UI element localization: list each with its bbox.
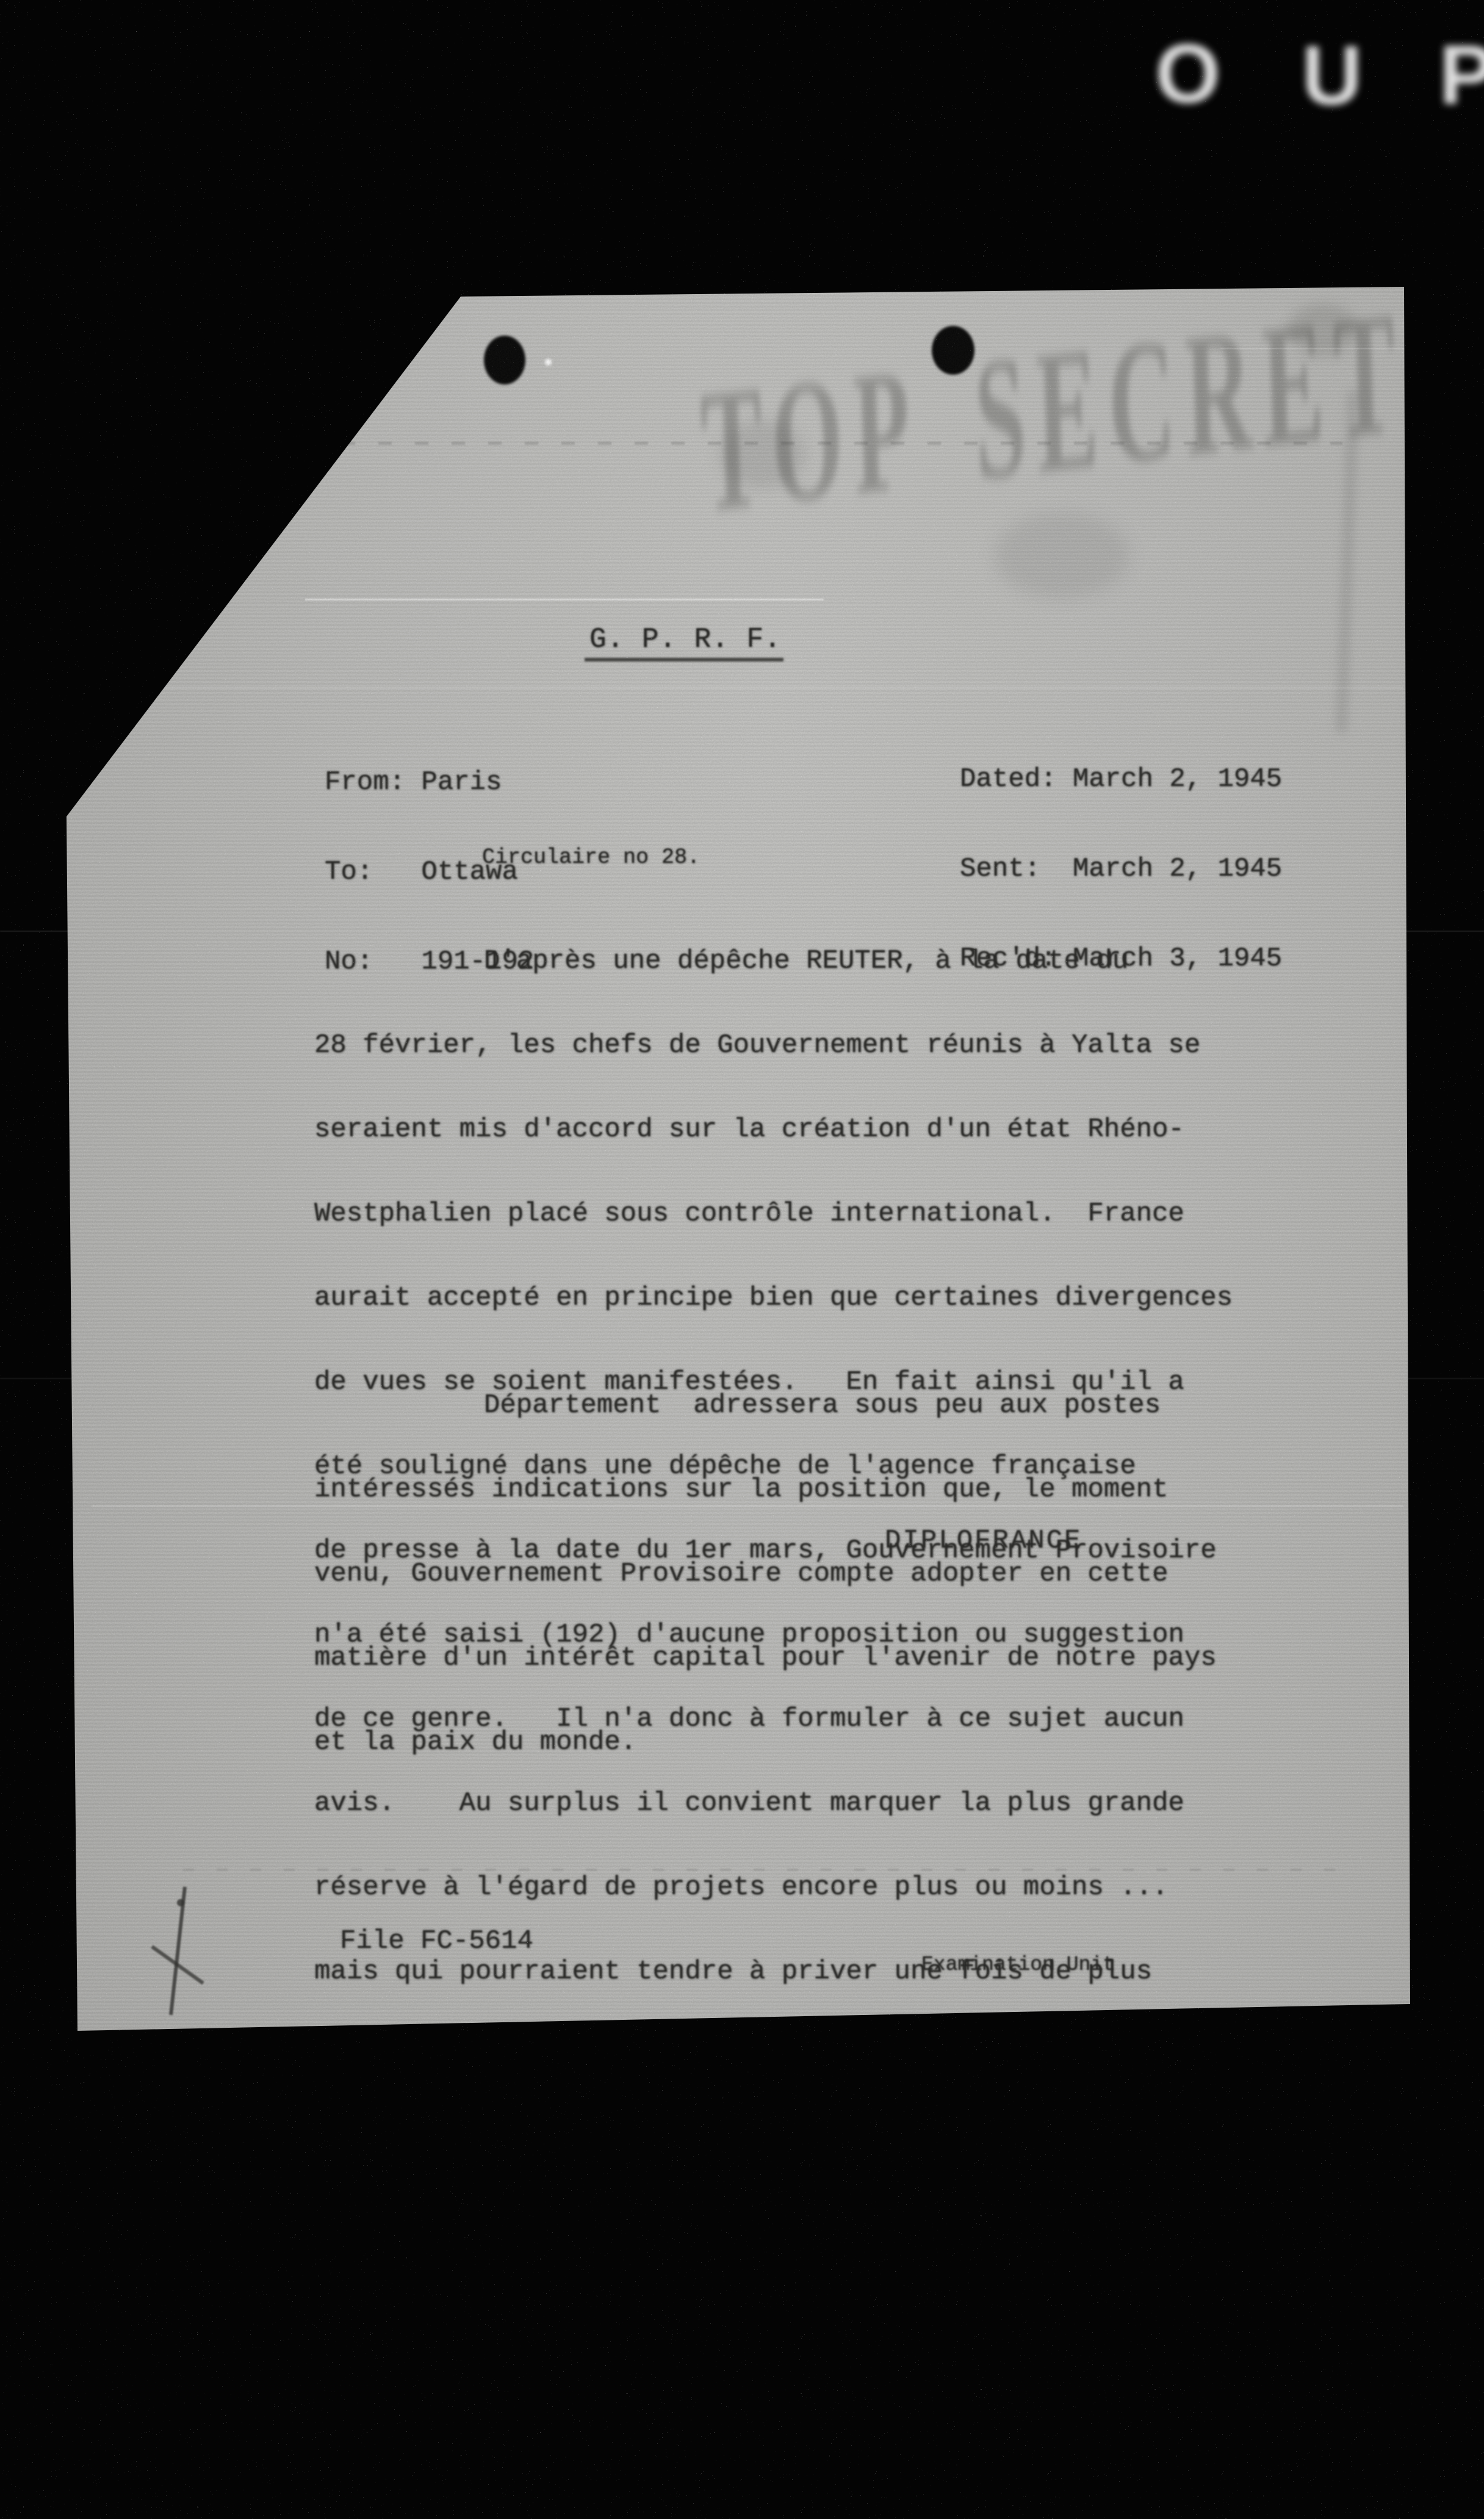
pencil-x-mark xyxy=(140,1873,226,2026)
routing-from: From: Paris xyxy=(325,768,534,798)
telegram-line: D'après une dépêche REUTER, à la date du xyxy=(314,947,1339,975)
footer-line: National Research Council xyxy=(921,2035,1223,2063)
telegram-line: Département adressera sous peu aux poste… xyxy=(314,1391,1339,1419)
ghost-text-row xyxy=(342,442,1342,445)
microfilm-scan: O U P TOP SECRET G. P. R. F. From: Paris… xyxy=(0,0,1484,2519)
punch-hole xyxy=(932,326,974,375)
punch-hole xyxy=(484,336,525,384)
examination-unit-block: Examination Unit National Research Counc… xyxy=(921,1895,1223,2204)
footer-line: Examination Unit xyxy=(921,1951,1223,1979)
subject-line: Circulaire no 28. xyxy=(482,845,700,870)
telegram-line: seraient mis d'accord sur la création d'… xyxy=(314,1115,1339,1144)
telegram-line: France des garanties matérielles indispe… xyxy=(314,2042,1339,2070)
paper-scratch xyxy=(92,687,1403,688)
telegram-page: TOP SECRET G. P. R. F. From: Paris To: O… xyxy=(0,0,1484,2519)
telegram-line: intéressés indications sur la position q… xyxy=(314,1476,1339,1504)
stamp-smudge xyxy=(720,421,805,488)
footer-line: March 5, 1945 xyxy=(921,2119,1223,2147)
film-edge-letter: O xyxy=(1155,32,1220,116)
paper-scratch xyxy=(1220,348,1410,349)
title-underline xyxy=(585,658,783,661)
telegram-line: 28 février, les chefs de Gouvernement ré… xyxy=(314,1031,1339,1059)
telegram-line: matière d'un intérêt capital pour l'aven… xyxy=(314,1644,1339,1672)
telegram-line: aurait accepté en principe bien que cert… xyxy=(314,1284,1339,1312)
signature: DIPLOFRANCE xyxy=(885,1527,1082,1555)
file-reference: File FC-5614 xyxy=(340,1927,533,1955)
routing-sent: Sent: March 2, 1945 xyxy=(960,854,1282,884)
film-flaw-dot xyxy=(545,359,552,366)
film-edge-letter: P xyxy=(1439,33,1484,117)
stamp-smudge xyxy=(995,513,1129,598)
routing-dated: Dated: March 2, 1945 xyxy=(960,765,1282,795)
telegram-line: sécurité. xyxy=(314,2126,1339,2154)
page-title: G. P. R. F. xyxy=(589,624,782,655)
film-edge-letter: U xyxy=(1302,34,1363,118)
telegram-line: Westphalien placé sous contrôle internat… xyxy=(314,1200,1339,1228)
paper-scratch xyxy=(305,599,824,600)
telegram-line: et la paix du monde. xyxy=(314,1728,1339,1756)
telegram-paragraph-2: Département adressera sous peu aux poste… xyxy=(314,1335,1339,1812)
telegram-line: venu, Gouvernement Provisoire compte ado… xyxy=(314,1560,1339,1588)
